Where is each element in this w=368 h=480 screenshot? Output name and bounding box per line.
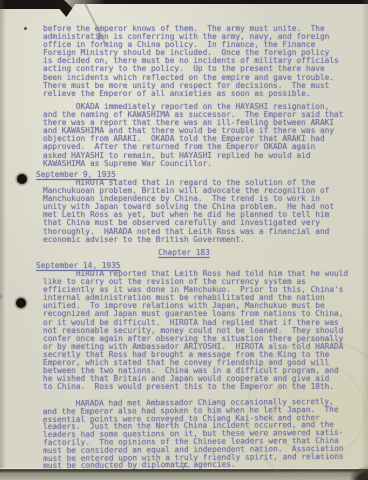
punch-hole bbox=[17, 174, 27, 184]
edge-character-artifact: e bbox=[0, 292, 3, 301]
paragraph-army-unity: before the emperor knows of them. The ar… bbox=[43, 25, 339, 98]
page-number: -7- bbox=[0, 463, 368, 471]
scan-edge-left bbox=[0, 0, 6, 480]
ink-speck bbox=[24, 27, 27, 30]
punch-hole bbox=[16, 298, 26, 308]
chapter-heading: Chapter 183 bbox=[0, 249, 368, 257]
paragraph-hirota-manchukuo: HIROTA stated that in regard to the solu… bbox=[43, 179, 334, 244]
paragraph-harada-chiang: HARADA had met Ambassador Chiang occasio… bbox=[43, 398, 344, 470]
scan-edge-top-left bbox=[0, 0, 60, 9]
paragraph-leith-ross: HIROTA reported that Leith Ross had told… bbox=[43, 270, 348, 391]
scanned-document-page: e before the emperor knows of them. The … bbox=[0, 0, 368, 480]
paragraph-okada-hayashi: OKADA immediately reported on the HAYASH… bbox=[43, 103, 343, 168]
